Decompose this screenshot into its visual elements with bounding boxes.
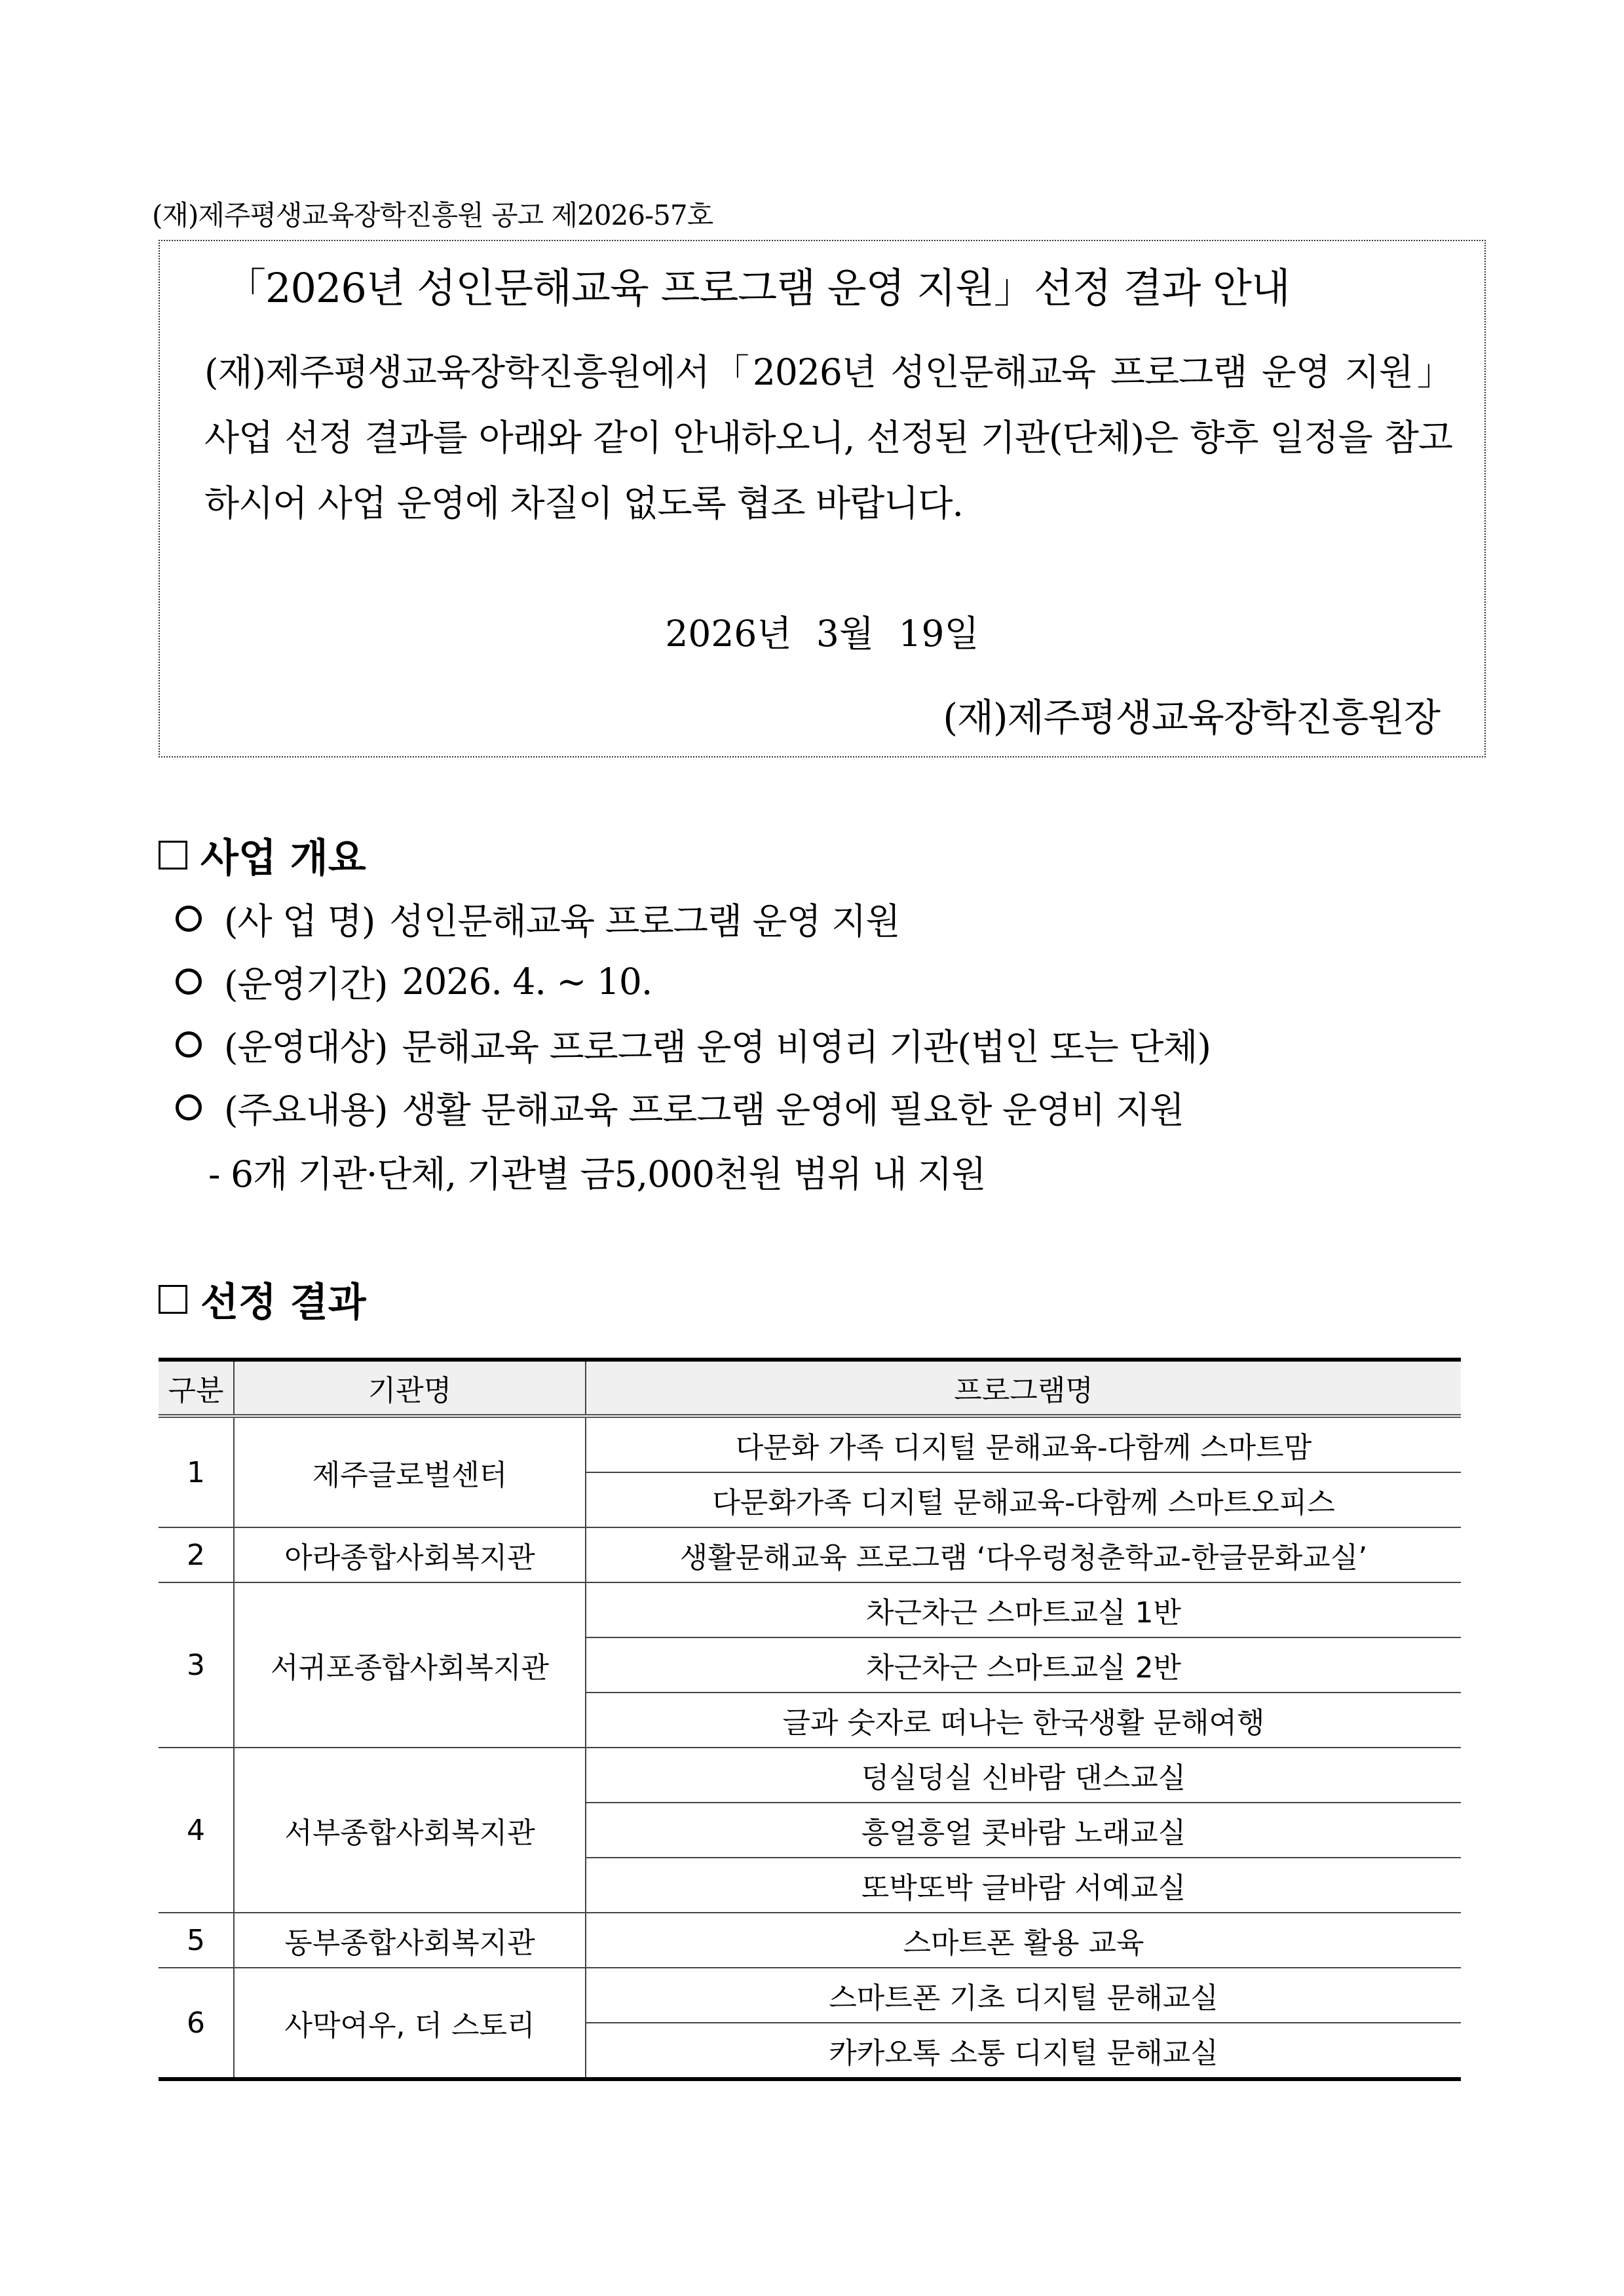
column-header: 기관명 [234,1360,586,1416]
row-number: 3 [159,1582,234,1748]
section-title: 사업 개요 [200,827,366,883]
row-number: 1 [159,1416,234,1527]
item-label: (운영대상) [224,1018,387,1070]
row-number: 6 [159,1968,234,2079]
section-overview-heading: 사업 개요 [159,827,366,883]
section-results-heading: 선정 결과 [159,1271,366,1328]
row-number: 5 [159,1913,234,1968]
item-value: 2026. 4. ~ 10. [402,961,652,1003]
program-name: 흥얼흥얼 콧바람 노래교실 [586,1803,1461,1858]
program-name: 차근차근 스마트교실 1반 [586,1582,1461,1637]
square-bullet-icon [159,1285,187,1314]
org-name: 아라종합사회복지관 [234,1527,586,1582]
column-header: 구분 [159,1360,234,1416]
circle-bullet-icon [176,1031,202,1058]
item-value: 성인문해교육 프로그램 운영 지원 [389,892,899,944]
org-name: 서귀포종합사회복지관 [234,1582,586,1748]
program-name: 차근차근 스마트교실 2반 [586,1637,1461,1693]
item-label: (운영기간) [224,955,387,1007]
announcement-title: 「2026년 성인문해교육 프로그램 운영 지원」선정 결과 안내 [225,256,1290,314]
table-row: 6 사막여우, 더 스토리 스마트폰 기초 디지털 문해교실 [159,1968,1461,2023]
circle-bullet-icon [176,968,202,995]
program-name: 덩실덩실 신바람 댄스교실 [586,1748,1461,1803]
item-value: 생활 문해교육 프로그램 운영에 필요한 운영비 지원 [402,1081,1184,1133]
program-name: 다문화가족 디지털 문해교육-다함께 스마트오피스 [586,1472,1461,1527]
square-bullet-icon [159,841,187,870]
circle-bullet-icon [176,1094,202,1120]
overview-item: (사 업 명) 성인문해교육 프로그램 운영 지원 [176,892,900,944]
notice-number: (재)제주평생교육장학진흥원 공고 제2026-57호 [152,194,713,233]
announcement-signature: (재)제주평생교육장학진흥원장 [943,687,1440,742]
org-name: 사막여우, 더 스토리 [234,1968,586,2079]
row-number: 2 [159,1527,234,1582]
program-name: 생활문해교육 프로그램 ‘다우렁청춘학교-한글문화교실’ [586,1527,1461,1582]
overview-item: (운영대상) 문해교육 프로그램 운영 비영리 기관(법인 또는 단체) [176,1018,1211,1070]
section-title: 선정 결과 [200,1271,366,1328]
overview-item: (주요내용) 생활 문해교육 프로그램 운영에 필요한 운영비 지원 [176,1081,1184,1133]
item-label: (주요내용) [224,1081,387,1133]
overview-sub-item: - 6개 기관·단체, 기관별 금5,000천원 범위 내 지원 [208,1145,985,1197]
table-row: 3 서귀포종합사회복지관 차근차근 스마트교실 1반 [159,1582,1461,1637]
org-name: 서부종합사회복지관 [234,1748,586,1913]
circle-bullet-icon [176,906,202,932]
table-header-row: 구분 기관명 프로그램명 [159,1360,1461,1416]
program-name: 또박또박 글바람 서예교실 [586,1858,1461,1913]
table-row: 2 아라종합사회복지관 생활문해교육 프로그램 ‘다우렁청춘학교-한글문화교실’ [159,1527,1461,1582]
org-name: 동부종합사회복지관 [234,1913,586,1968]
program-name: 다문화 가족 디지털 문해교육-다함께 스마트맘 [586,1416,1461,1472]
announcement-date: 2026년 3월 19일 [160,605,1484,657]
org-name: 제주글로벌센터 [234,1416,586,1527]
table-row: 4 서부종합사회복지관 덩실덩실 신바람 댄스교실 [159,1748,1461,1803]
program-name: 카카오톡 소통 디지털 문해교실 [586,2023,1461,2079]
item-value: 문해교육 프로그램 운영 비영리 기관(법인 또는 단체) [402,1018,1211,1070]
item-label: (사 업 명) [224,892,375,944]
column-header: 프로그램명 [586,1360,1461,1416]
results-table: 구분 기관명 프로그램명 1 제주글로벌센터 다문화 가족 디지털 문해교육-다… [159,1358,1461,2081]
program-name: 스마트폰 기초 디지털 문해교실 [586,1968,1461,2023]
table-row: 1 제주글로벌센터 다문화 가족 디지털 문해교육-다함께 스마트맘 [159,1416,1461,1472]
row-number: 4 [159,1748,234,1913]
announcement-box: 「2026년 성인문해교육 프로그램 운영 지원」선정 결과 안내 (재)제주평… [159,240,1486,757]
overview-item: (운영기간) 2026. 4. ~ 10. [176,955,652,1007]
program-name: 글과 숫자로 떠나는 한국생활 문해여행 [586,1693,1461,1748]
announcement-body: (재)제주평생교육장학진흥원에서「2026년 성인문해교육 프로그램 운영 지원… [204,339,1452,536]
program-name: 스마트폰 활용 교육 [586,1913,1461,1968]
table-row: 5 동부종합사회복지관 스마트폰 활용 교육 [159,1913,1461,1968]
